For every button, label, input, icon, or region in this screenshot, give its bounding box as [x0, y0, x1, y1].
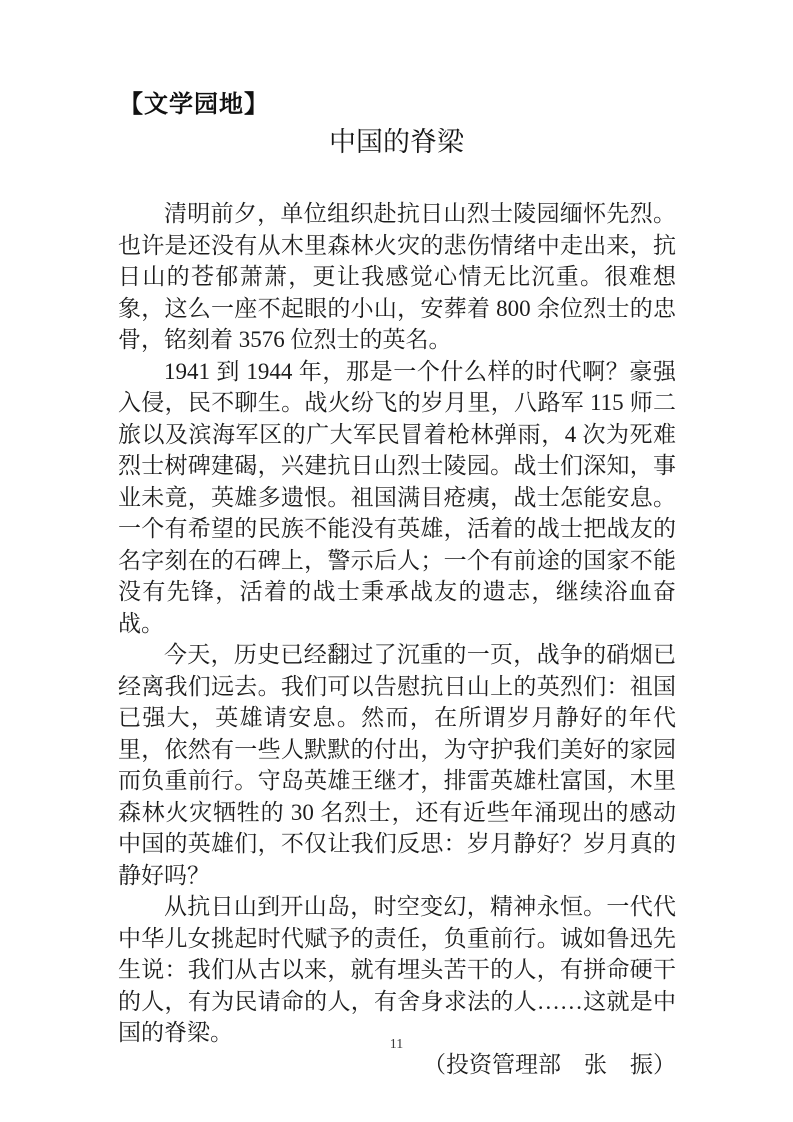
- paragraph-2: 1941 到 1944 年，那是一个什么样的时代啊？豪强入侵，民不聊生。战火纷飞…: [118, 356, 676, 640]
- page-number: 11: [0, 1037, 793, 1054]
- document-page: 【文学园地】 中国的脊梁 清明前夕，单位组织赴抗日山烈士陵园缅怀先烈。也许是还没…: [0, 0, 793, 1122]
- paragraph-4: 从抗日山到开山岛，时空变幻，精神永恒。一代代中华儿女挑起时代赋予的责任，负重前行…: [118, 891, 676, 1049]
- article-title: 中国的脊梁: [0, 127, 793, 158]
- paragraph-1: 清明前夕，单位组织赴抗日山烈士陵园缅怀先烈。也许是还没有从木里森林火灾的悲伤情绪…: [118, 198, 676, 356]
- section-header: 【文学园地】: [119, 92, 269, 118]
- article-body: 清明前夕，单位组织赴抗日山烈士陵园缅怀先烈。也许是还没有从木里森林火灾的悲伤情绪…: [118, 198, 676, 1080]
- paragraph-3: 今天，历史已经翻过了沉重的一页，战争的硝烟已经离我们远去。我们可以告慰抗日山上的…: [118, 639, 676, 891]
